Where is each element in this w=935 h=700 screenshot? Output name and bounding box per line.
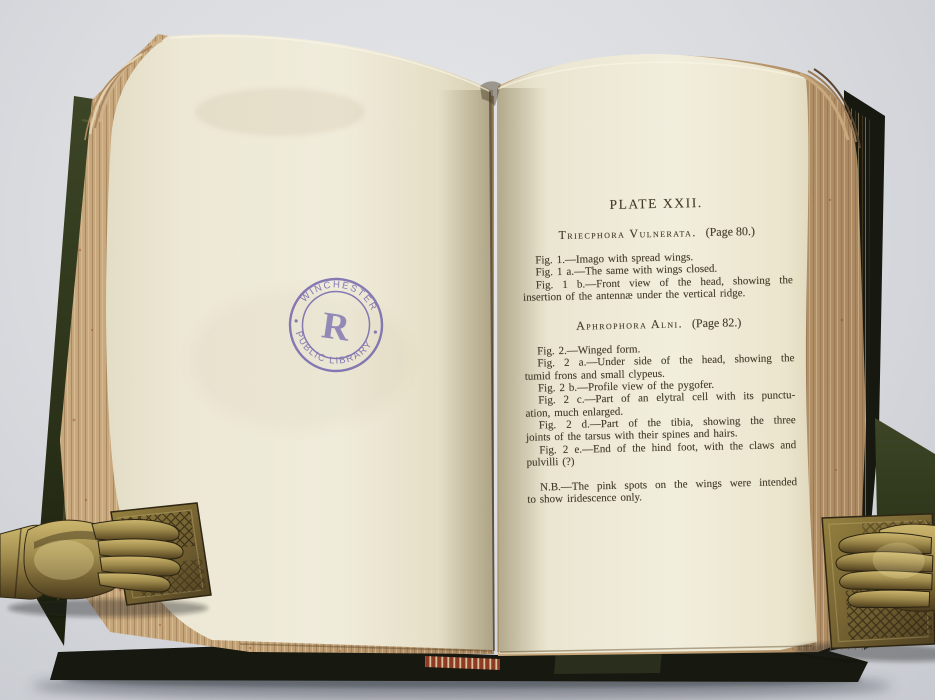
page-stain bbox=[195, 88, 365, 136]
stamp-separator-dot bbox=[294, 319, 298, 323]
species-heading: Aphrophora Alni.(Page 82.) bbox=[524, 314, 794, 335]
gutter-shadow-left bbox=[438, 90, 493, 650]
species-name: Aphrophora Alni. bbox=[576, 317, 683, 333]
book-illustration bbox=[0, 0, 935, 700]
photo-open-book: WINCHESTER PUBLIC LIBRARY R PLATE XXII. … bbox=[0, 0, 935, 700]
species-page-ref: (Page 82.) bbox=[692, 315, 742, 330]
stamp-separator-dot bbox=[374, 330, 378, 334]
plate-sections: Triecphora Vulnerata.(Page 80.)Fig. 1.—I… bbox=[522, 223, 797, 469]
library-stamp: WINCHESTER PUBLIC LIBRARY R bbox=[284, 273, 388, 377]
species-name: Triecphora Vulnerata. bbox=[558, 225, 696, 242]
stamp-center-letter: R bbox=[319, 304, 353, 349]
plate-description-page: PLATE XXII. Triecphora Vulnerata.(Page 8… bbox=[521, 193, 797, 506]
species-page-ref: (Page 80.) bbox=[706, 224, 756, 239]
hand-fingers-left bbox=[92, 520, 183, 593]
species-heading: Triecphora Vulnerata.(Page 80.) bbox=[522, 223, 792, 244]
